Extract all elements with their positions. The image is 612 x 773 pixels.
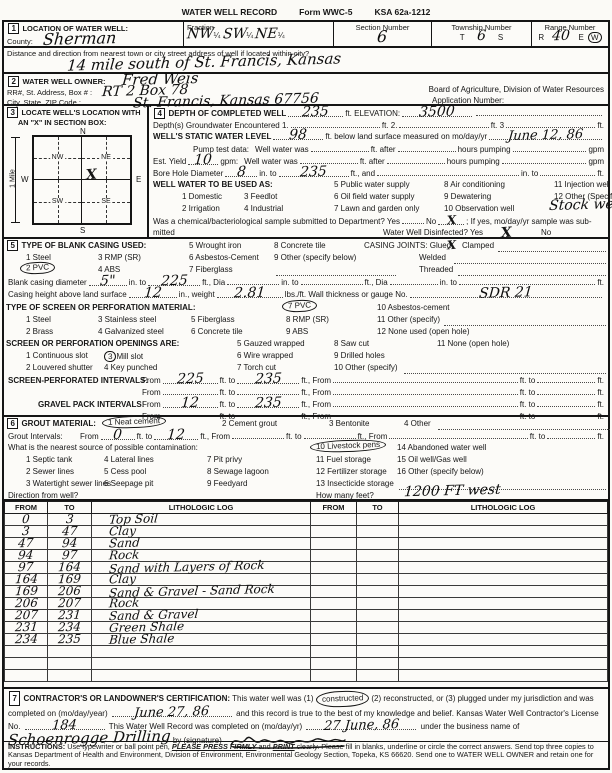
log-depth-cell	[311, 634, 357, 646]
log-depth-cell	[357, 526, 399, 538]
screen-material-title: TYPE OF SCREEN OR PERFORATION MATERIAL:	[6, 303, 195, 312]
casing-joints-label: CASING JOINTS: Glued	[364, 241, 451, 250]
log-cell-value: Blue Shale	[109, 634, 175, 645]
option-label: 6 Seepage pit	[104, 479, 153, 488]
form-body: 1LOCATION OF WATER WELL: County: Sherman…	[2, 20, 610, 770]
grout-from-value: 0	[113, 431, 123, 440]
log-description-cell	[399, 622, 608, 634]
section-6-title: GROUT MATERIAL:	[21, 419, 96, 428]
county-label: County:	[7, 37, 33, 46]
casing-weight-value: 2.81	[234, 289, 266, 299]
log-cell-value: 3	[65, 514, 73, 523]
log-cell-value: Top Soil	[109, 514, 159, 524]
mitted-label: mitted	[153, 228, 175, 237]
log-cell-value: 207	[14, 610, 38, 620]
contamination-label: What is the nearest source of possible c…	[8, 443, 198, 452]
ft-after: ft. after	[360, 157, 385, 166]
log-depth-cell	[311, 622, 357, 634]
sample-no-x-mark: X	[446, 216, 456, 225]
log-row: 4794Sand	[5, 538, 608, 550]
log-description-cell	[399, 634, 608, 646]
section-1-location: 1LOCATION OF WATER WELL: County: Sherman…	[4, 22, 608, 48]
range-e: E	[578, 33, 583, 42]
log-depth-cell	[311, 562, 357, 574]
log-depth-cell	[311, 526, 357, 538]
log-cell-value: 47	[62, 526, 78, 535]
hours-pumping: hours pumping	[458, 145, 511, 154]
log-row: 97164Sand with Layers of Rock	[5, 562, 608, 574]
from-label: From	[142, 388, 161, 397]
in-to: in. to	[129, 278, 146, 287]
from-label: From	[142, 376, 161, 385]
casing-height-label: Casing height above land surface	[8, 290, 127, 299]
ft: ft.	[597, 388, 604, 397]
openings-title: SCREEN OR PERFORATION OPENINGS ARE:	[6, 339, 179, 348]
south-label: S	[80, 226, 85, 235]
option-label: 3 Watertight sewer lines	[26, 479, 111, 488]
option-label: 7 Lawn and garden only	[334, 204, 419, 213]
log-cell-value: 231	[58, 610, 82, 620]
log-depth-cell	[311, 598, 357, 610]
mill-slot-option: 3Mill slot	[104, 351, 143, 362]
section-5-title: TYPE OF BLANK CASING USED:	[21, 241, 146, 250]
quadrant-se: SE	[82, 180, 130, 223]
se-label: SE	[99, 198, 112, 205]
option-label: 16 Other (specify below)	[397, 467, 484, 476]
log-description-cell	[399, 562, 608, 574]
township-value: 6	[476, 32, 486, 41]
option-label: 1 Domestic	[182, 192, 222, 201]
log-cell-value: Clay	[109, 574, 137, 584]
log-depth-cell	[48, 658, 92, 670]
feet-value: 1200 FT west	[404, 486, 501, 498]
use-title: WELL WATER TO BE USED AS:	[153, 180, 273, 189]
address-label: RR#, St. Address, Box # :	[7, 88, 92, 97]
static-level-label: WELL'S STATIC WATER LEVEL	[153, 132, 271, 141]
in-to: in. to	[521, 169, 538, 178]
gravel-interval-from: 12	[181, 399, 200, 408]
section-2-title: WATER WELL OWNER:	[22, 77, 105, 86]
log-description-cell: Blue Shale	[92, 634, 311, 646]
direction-label: Direction from well?	[8, 491, 78, 500]
option-label: 10 Observation well	[444, 204, 514, 213]
section-3-locator: 3LOCATE WELL'S LOCATION WITH AN "X" IN S…	[4, 106, 149, 237]
log-depth-cell	[357, 670, 399, 682]
log-cell-value: 231	[14, 622, 38, 632]
quarter-symbol: ¼	[278, 31, 285, 40]
well-water-was: Well water was	[255, 145, 309, 154]
how-many-feet-label: How many feet?	[316, 491, 374, 500]
option-label: 6 Asbestos-Cement	[189, 253, 259, 262]
township-t: T	[460, 33, 465, 42]
lithologic-table-body: 03Top Soil347Clay4794Sand9497Rock97164Sa…	[5, 514, 608, 682]
screen-interval-from: 225	[176, 375, 203, 385]
range-w-circled: W	[588, 32, 602, 43]
log-description-cell	[399, 526, 608, 538]
log-cell-value: 94	[62, 538, 78, 547]
in-to: in. to	[281, 278, 298, 287]
option-label: 5 Public water supply	[334, 180, 410, 189]
lithologic-log-section: FROM TO LITHOLOGIC LOG FROM TO LITHOLOGI…	[4, 501, 608, 689]
log-cell-value: 3	[22, 526, 30, 535]
option-label: 13 Insecticide storage	[316, 479, 394, 488]
log-depth-cell	[357, 598, 399, 610]
band-3-4: 3LOCATE WELL'S LOCATION WITH AN "X" IN S…	[4, 106, 608, 239]
township-cell: Township Number T 6 S	[432, 22, 532, 48]
option-label: 2 Brass	[26, 327, 53, 336]
bore-depth-value: 235	[300, 168, 327, 178]
section-box-area: 1 Mile N W E S NW NE SW SE X	[6, 127, 145, 235]
log-header: LITHOLOGIC LOG	[399, 502, 608, 514]
option-label: 4 Lateral lines	[104, 455, 154, 464]
option-label: 1 Continuous slot	[26, 351, 88, 360]
option-label: 1 Steel	[26, 253, 51, 262]
section-4-number: 4	[154, 108, 165, 119]
section-3-title-1: LOCATE WELL'S LOCATION WITH	[21, 108, 140, 117]
log-description-cell	[399, 598, 608, 610]
distance-row: Distance and direction from nearest town…	[4, 48, 608, 74]
static-level-value: 98	[289, 131, 308, 140]
ft: ft.	[597, 376, 604, 385]
section-4-well-data: 4 DEPTH OF COMPLETED WELL 235 ft. ELEVAT…	[149, 106, 608, 237]
completed-date: June 27, 86	[134, 707, 210, 718]
log-cell-value: Sand	[109, 538, 140, 548]
option-label: 9 Feedyard	[207, 479, 247, 488]
log-depth-cell	[5, 658, 48, 670]
ft-from-label: ft., From	[301, 388, 331, 397]
east-label: E	[136, 175, 141, 184]
log-cell-value: 94	[18, 550, 34, 559]
section-number-cell: Section Number 6	[334, 22, 432, 48]
ft: ft.	[597, 432, 604, 441]
option-label: 7 Fiberglass	[189, 265, 233, 274]
ne-label: NE	[99, 154, 113, 161]
hours-pumping: hours pumping	[447, 157, 500, 166]
ft: ft.	[597, 169, 604, 178]
mill-slot-3-circled: 3	[104, 351, 117, 362]
glued-x-mark: X	[447, 238, 457, 253]
option-label: 5 Cess pool	[104, 467, 146, 476]
form-title-bar: WATER WELL RECORD Form WWC-5 KSA 62a-121…	[0, 0, 612, 20]
grout-to-value: 12	[167, 431, 186, 440]
option-label: 3 Stainless steel	[98, 315, 156, 324]
log-cell-value: 169	[14, 586, 38, 596]
west-label: W	[21, 175, 29, 184]
option-label: 14 Abandoned water well	[397, 443, 486, 452]
ft-dia: ft., Dia	[365, 278, 388, 287]
option-label: 2 Louvered shutter	[26, 363, 93, 372]
log-depth-cell	[357, 622, 399, 634]
log-cell-value: 164	[14, 574, 38, 584]
one-mile-scale: 1 Mile	[11, 137, 21, 223]
log-cell-value: 97	[62, 550, 78, 559]
gpm: gpm	[588, 157, 604, 166]
log-row: 206207Rock	[5, 598, 608, 610]
ft-to-label: ft. to	[286, 432, 302, 441]
log-cell-value: 234	[14, 634, 38, 644]
option-label: 8 Air conditioning	[444, 180, 505, 189]
option-label: 2 Irrigation	[182, 204, 220, 213]
option-label: 2 Cement grout	[222, 419, 277, 428]
log-row: 169206Sand & Gravel - Sand Rock	[5, 586, 608, 598]
log-row: 164169Clay	[5, 574, 608, 586]
board-label: Board of Agriculture, Division of Water …	[429, 85, 604, 94]
quarter-symbol: ¼	[214, 31, 221, 40]
option-label: 5 Wrought iron	[189, 241, 241, 250]
ft-to-label: ft. to	[520, 388, 536, 397]
section-number-value: 6	[377, 32, 388, 41]
option-label: 12 Fertilizer storage	[316, 467, 387, 476]
by-signature-label: by (signature)	[173, 736, 222, 745]
option-label: 15 Oil well/Gas well	[397, 455, 467, 464]
section-7-certification: 7CONTRACTOR'S OR LANDOWNER'S CERTIFICATI…	[4, 689, 608, 742]
log-depth-cell	[48, 646, 92, 658]
log-header: FROM	[311, 502, 357, 514]
log-cell-value: 97	[18, 562, 34, 571]
log-description-cell	[92, 646, 311, 658]
log-depth-cell	[311, 646, 357, 658]
log-description-cell	[399, 586, 608, 598]
section-2-owner: 2WATER WELL OWNER: Fred Weis RR#, St. Ad…	[4, 74, 608, 106]
depth-value: 235	[302, 108, 329, 118]
log-cell-value: Rock	[109, 550, 140, 560]
signature-scribble	[228, 733, 348, 749]
log-cell-value: 47	[18, 538, 34, 547]
sample-tail: ; If yes, mo/day/yr sample was sub-	[466, 217, 591, 226]
option-label: 10 Other (specify)	[334, 363, 398, 372]
log-description-cell	[92, 670, 311, 682]
log-description-cell	[399, 538, 608, 550]
casing-diameter-label: Blank casing diameter	[8, 278, 87, 287]
ft-from-label: ft., From	[200, 432, 230, 441]
ft-dia: ft., Dia	[202, 278, 225, 287]
log-depth-cell	[311, 670, 357, 682]
log-depth-cell	[5, 670, 48, 682]
option-label: 6 Oil field water supply	[334, 192, 414, 201]
log-cell-value: 207	[58, 598, 82, 608]
log-depth-cell	[311, 574, 357, 586]
well-location-x-mark: X	[85, 167, 97, 184]
section-7-title: CONTRACTOR'S OR LANDOWNER'S CERTIFICATIO…	[23, 694, 230, 703]
form-statute: KSA 62a-1212	[374, 7, 430, 17]
fraction-q3: NE	[255, 30, 278, 40]
log-depth-cell	[357, 646, 399, 658]
log-description-cell	[399, 658, 608, 670]
disinfected-question: Water Well Disinfected? Yes	[383, 228, 483, 237]
lithologic-table: FROM TO LITHOLOGIC LOG FROM TO LITHOLOGI…	[4, 501, 608, 682]
log-depth-cell	[311, 586, 357, 598]
log-depth-cell	[357, 658, 399, 670]
gw-ft4: ft.	[597, 121, 604, 130]
log-description-cell	[399, 610, 608, 622]
distance-value: 14 mile south of St. Francis, Kansas	[67, 54, 342, 70]
clamped-label: Clamped	[462, 241, 494, 250]
fraction-q2: SW	[222, 30, 247, 40]
welded-label: Welded	[419, 253, 446, 262]
ft-to-label: ft. to	[220, 376, 236, 385]
log-description-cell	[399, 646, 608, 658]
constructed-circled: constructed	[315, 690, 369, 708]
bore-hole-label: Bore Hole Diameter	[153, 169, 223, 178]
log-depth-cell	[357, 574, 399, 586]
option-label: 9 Other (specify below)	[274, 253, 356, 262]
gw-ft3: ft. 3	[491, 121, 504, 130]
section-3-title-2: AN "X" IN SECTION BOX:	[18, 118, 145, 127]
option-label: 5 Fiberglass	[191, 315, 235, 324]
log-depth-cell: 234	[5, 634, 48, 646]
ft-to-label: ft. to	[530, 432, 546, 441]
option-label: 4 Industrial	[244, 204, 283, 213]
log-row: 9497Rock	[5, 550, 608, 562]
log-cell-value: Rock	[109, 598, 140, 608]
threaded-label: Threaded	[419, 265, 453, 274]
ft-to-label: ft. to	[137, 432, 153, 441]
log-row: 234235Blue Shale	[5, 634, 608, 646]
ft-to-label: ft. to	[520, 400, 536, 409]
gravel-interval-to: 235	[255, 399, 282, 409]
cert-text-1: This water well was (1)	[232, 694, 313, 703]
gauge-label: lbs./ft. Wall thickness or gauge No.	[285, 290, 408, 299]
in-to: in. to	[259, 169, 276, 178]
log-depth-cell	[357, 634, 399, 646]
option-label: 8 RMP (SR)	[286, 315, 329, 324]
log-description-cell	[399, 670, 608, 682]
grout-intervals-label: Grout Intervals:	[8, 432, 80, 441]
well-water-was: Well water was	[244, 157, 298, 166]
use-other-value: Stock well	[549, 200, 612, 211]
yield-value: 10	[194, 156, 213, 165]
ft-after: ft. after	[371, 145, 396, 154]
cert-text-5: under the business name of	[421, 722, 520, 731]
quadrant-nw: NW	[34, 137, 82, 180]
log-depth-cell	[311, 610, 357, 622]
quadrant-sw: SW	[34, 180, 82, 223]
section-5-number: 5	[7, 240, 18, 251]
option-label: 8 Saw cut	[334, 339, 369, 348]
option-label: 9 ABS	[286, 327, 308, 336]
option-label: 4 Galvanized steel	[98, 327, 164, 336]
casing-height-value: 12	[143, 289, 162, 298]
log-cell-value: 206	[58, 586, 82, 596]
form-title: WATER WELL RECORD	[182, 7, 278, 17]
option-label: 7 Pit privy	[207, 455, 242, 464]
ft-to-label: ft. to	[520, 376, 536, 385]
nw-label: NW	[50, 154, 66, 161]
ft-from-label: ft., From	[301, 376, 331, 385]
range-cell: Range Number R 40 E W	[532, 22, 608, 48]
ft-to-label: ft. to	[220, 400, 236, 409]
section-2-number: 2	[8, 76, 19, 87]
gpm: gpm	[588, 145, 604, 154]
option-label: 11 Other (specify)	[377, 315, 440, 324]
casing-depth-value: 225	[160, 277, 187, 287]
groundwater-label: Depth(s) Groundwater Encountered 1.	[153, 121, 289, 130]
log-cell-value: 164	[58, 562, 82, 572]
bore-diameter-value: 8	[236, 168, 246, 177]
option-label: 3 Feedlot	[244, 192, 277, 201]
log-depth-cell	[357, 610, 399, 622]
ft: ft.	[597, 400, 604, 409]
section-square: NW NE SW SE X	[32, 135, 132, 225]
log-cell-value: 0	[22, 514, 30, 523]
log-depth-cell	[357, 514, 399, 526]
log-description-cell	[399, 514, 608, 526]
log-depth-cell	[5, 646, 48, 658]
sw-label: SW	[50, 198, 65, 205]
pvc-screen-circled: 7 PVC	[282, 299, 318, 312]
log-header-row: FROM TO LITHOLOGIC LOG FROM TO LITHOLOGI…	[5, 502, 608, 514]
record-completed-date: 27 June, 86	[323, 720, 399, 731]
log-depth-cell	[311, 514, 357, 526]
business-name: Schoenrogge Drilling	[8, 732, 171, 745]
section-6-number: 6	[7, 418, 18, 429]
option-label: 8 Concrete tile	[274, 241, 326, 250]
yield-label: Est. Yield	[153, 157, 186, 166]
option-label: 11 None (open hole)	[437, 339, 509, 348]
log-row: 231234Green Shale	[5, 622, 608, 634]
log-cell-value: 206	[14, 598, 38, 608]
option-label: 9 Dewatering	[444, 192, 491, 201]
from-label: From	[80, 432, 99, 441]
section-7-number: 7	[9, 691, 20, 706]
gw-ft2: ft. 2.	[382, 121, 398, 130]
option-label: 4 Key punched	[104, 363, 157, 372]
log-row	[5, 670, 608, 682]
log-depth-cell	[357, 550, 399, 562]
ft: ft.	[597, 278, 604, 287]
option-label: 11 Injection well	[554, 180, 610, 189]
county-cell: 1LOCATION OF WATER WELL: County: Sherman	[4, 22, 184, 48]
section-3-number: 3	[7, 107, 18, 118]
section-6-grout: 6GROUT MATERIAL: 1 Neat cement 2 Cement …	[4, 417, 608, 501]
gpm-colon: gpm:	[220, 157, 238, 166]
elevation-label: ft. ELEVATION:	[345, 109, 400, 118]
log-cell-value: 234	[58, 622, 82, 632]
fraction-cell: Fraction NW¼ SW¼ NE¼	[184, 22, 334, 48]
log-description-cell	[399, 550, 608, 562]
section-5-casing: 5TYPE OF BLANK CASING USED: 5 Wrought ir…	[4, 239, 608, 417]
township-s: S	[498, 33, 503, 42]
screen-interval-to: 235	[255, 375, 282, 385]
option-label: 9 Drilled holes	[334, 351, 385, 360]
gauge-value: SDR 21	[479, 288, 533, 298]
log-depth-cell	[48, 670, 92, 682]
static-level-date: June 12, 86	[508, 130, 584, 141]
log-depth-cell	[311, 658, 357, 670]
neat-cement-circled: 1 Neat cement	[102, 415, 166, 429]
range-value: 40	[552, 32, 571, 41]
ft-and: ft., and	[351, 169, 375, 178]
no-label: No	[541, 228, 551, 237]
log-depth-cell	[311, 538, 357, 550]
option-label: 1 Septic tank	[26, 455, 72, 464]
range-r: R	[538, 33, 544, 42]
one-mile-label: 1 Mile	[10, 149, 17, 209]
log-depth-cell: 235	[48, 634, 92, 646]
fraction-q1: NW	[187, 30, 214, 40]
ft-to-label: ft. to	[220, 388, 236, 397]
option-label: 11 Fuel storage	[316, 455, 371, 464]
log-row	[5, 646, 608, 658]
log-row: 207231Sand & Gravel	[5, 610, 608, 622]
option-label: 3 RMP (SR)	[98, 253, 141, 262]
log-cell-value: Clay	[109, 526, 137, 536]
county-value: Sherman	[43, 33, 117, 44]
quarter-symbol: ¼	[247, 31, 254, 40]
log-depth-cell	[311, 550, 357, 562]
sample-question: Was a chemical/bacteriological sample su…	[153, 217, 400, 226]
section-1-number: 1	[8, 23, 19, 34]
